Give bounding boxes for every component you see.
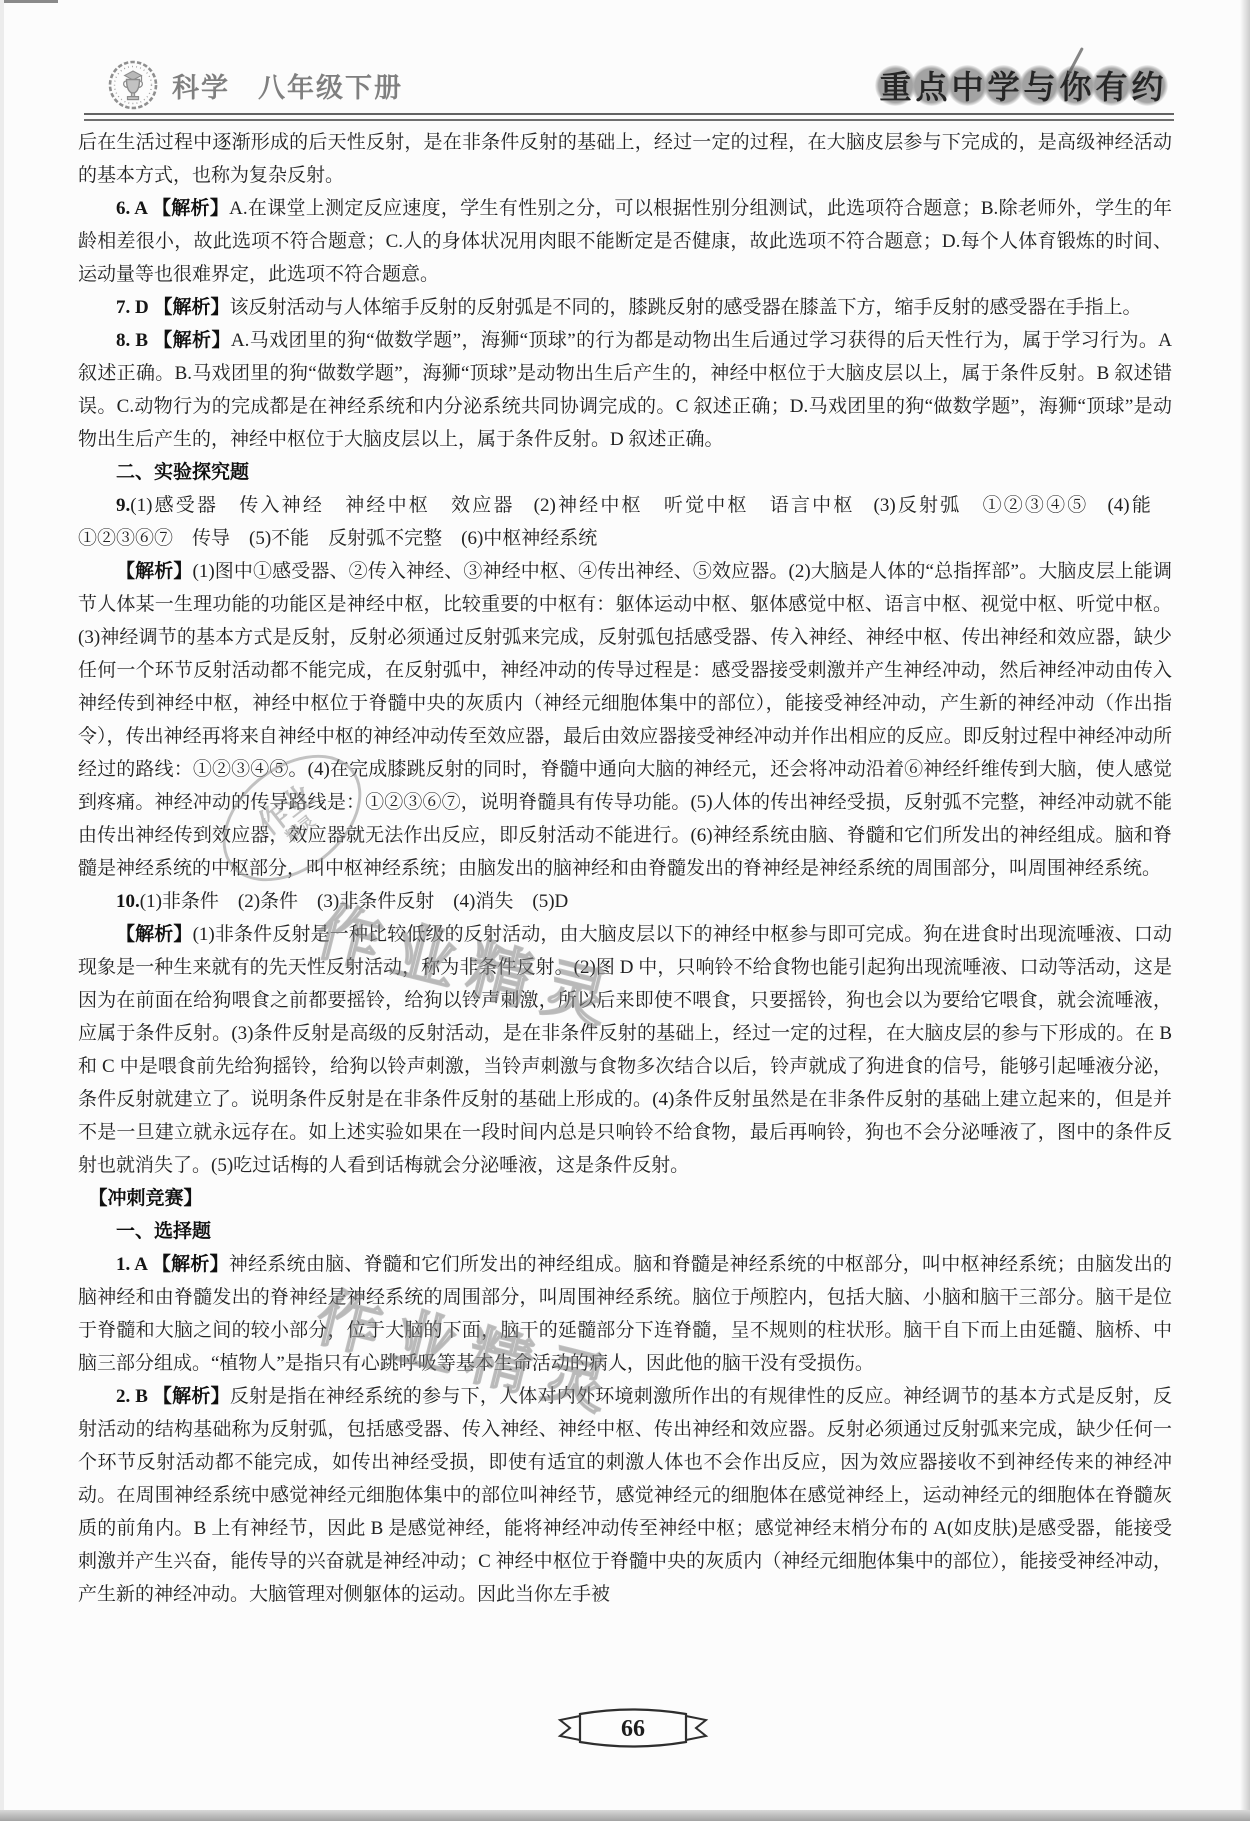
- page-number-badge: 66: [557, 1707, 709, 1754]
- answer-label: 2. B: [116, 1386, 153, 1407]
- brand-title-char: 学: [983, 65, 1024, 106]
- paragraph: 【解析】(1)图中①感受器、②传入神经、③神经中枢、④传出神经、⑤效应器。(2)…: [78, 555, 1172, 885]
- analysis-label: 【解析】: [153, 1386, 230, 1407]
- analysis-label: 【解析】: [116, 924, 193, 945]
- scan-edge-left: [0, 0, 4, 1821]
- paragraph: 【解析】(1)非条件反射是一种比较低级的反射活动，由大脑皮层以下的神经中枢参与即…: [78, 918, 1172, 1182]
- analysis-label: 【解析】: [152, 198, 229, 219]
- scan-edge-right: [1240, 0, 1250, 1821]
- answer-label: 7. D: [116, 297, 153, 318]
- page-number: 66: [621, 1716, 645, 1742]
- answer-label: 6. A: [116, 198, 152, 219]
- answer-label: 1. A: [116, 1254, 152, 1275]
- analysis-label: 【解析】: [153, 297, 229, 318]
- brand-title-char: 与: [1019, 65, 1060, 106]
- paragraph: 8. B 【解析】A.马戏团里的狗“做数学题”，海狮“顶球”的行为都是动物出生后…: [78, 324, 1172, 456]
- brand-title-char: 点: [911, 65, 952, 106]
- answer-label: 8. B: [116, 330, 153, 351]
- brand-title: 重点中学与你有约: [880, 62, 1168, 108]
- scan-edge-top: [0, 0, 58, 3]
- paragraph: 后在生活过程中逐渐形成的后天性反射，是在非条件反射的基础上，经过一定的过程，在大…: [78, 126, 1172, 192]
- paragraph: 7. D 【解析】该反射活动与人体缩手反射的反射弧是不同的，膝跳反射的感受器在膝…: [78, 291, 1172, 324]
- brand-title-char: 重: [875, 65, 916, 106]
- paragraph: 1. A 【解析】神经系统由脑、脊髓和它们所发出的神经组成。脑和脊髓是神经系统的…: [78, 1248, 1172, 1380]
- analysis-label: 【解析】: [152, 1254, 229, 1275]
- brand-title-char: 约: [1127, 65, 1168, 106]
- header-left: 科学 八年级下册: [108, 58, 403, 112]
- brand-title-char: 中: [947, 65, 988, 106]
- workbook-answer-page: 科学 八年级下册 重点中学与你有约 后在生活过程中逐渐形成的后天性反射，是在非条…: [0, 0, 1250, 1821]
- answer-text-flow: 后在生活过程中逐渐形成的后天性反射，是在非条件反射的基础上，经过一定的过程，在大…: [78, 126, 1172, 1611]
- paragraph: 2. B 【解析】反射是指在神经系统的参与下，人体对内外环境刺激所作出的有规律性…: [78, 1380, 1172, 1611]
- answer-label: 10.: [116, 891, 140, 912]
- header-divider: [84, 113, 1174, 121]
- analysis-label: 【解析】: [116, 561, 193, 582]
- trophy-badge-icon: [108, 60, 158, 110]
- answer-label: 9.: [116, 495, 130, 516]
- scan-edge-bottom: [0, 1810, 1250, 1821]
- section-heading: 【冲刺竞赛】: [78, 1182, 1172, 1215]
- book-volume: 八年级下册: [258, 66, 403, 105]
- analysis-label: 【解析】: [153, 330, 231, 351]
- book-subject: 科学: [172, 66, 230, 105]
- paragraph: 9.(1)感受器 传入神经 神经中枢 效应器 (2)神经中枢 听觉中枢 语言中枢…: [78, 489, 1172, 555]
- brand-title-char: 你: [1055, 65, 1096, 106]
- brand-title-char: 有: [1091, 65, 1132, 106]
- paragraph: 6. A 【解析】A.在课堂上测定反应速度，学生有性别之分，可以根据性别分组测试…: [78, 192, 1172, 291]
- section-heading: 一、选择题: [78, 1215, 1172, 1248]
- paragraph: 10.(1)非条件 (2)条件 (3)非条件反射 (4)消失 (5)D: [78, 885, 1172, 918]
- section-heading: 二、实验探究题: [78, 456, 1172, 489]
